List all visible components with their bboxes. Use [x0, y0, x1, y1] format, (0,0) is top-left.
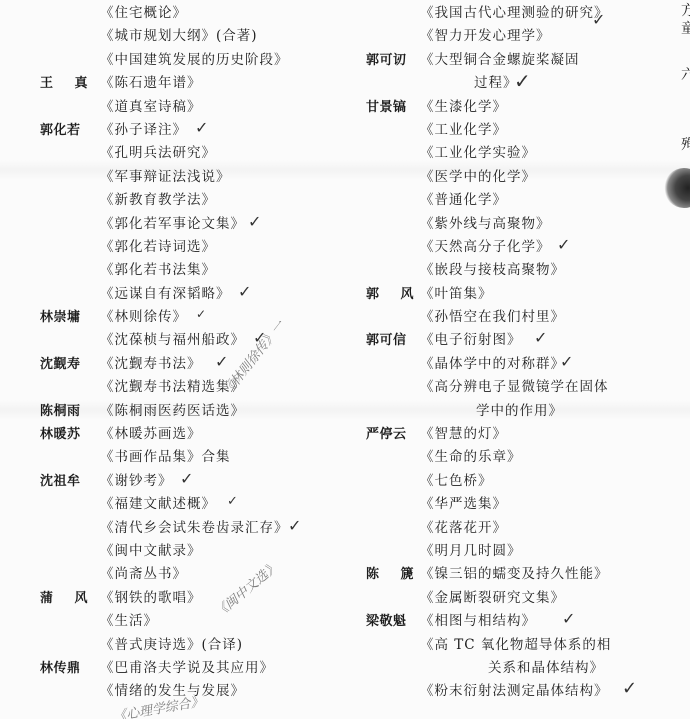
list-item: 《嵌段与接枝高聚物》 — [366, 259, 646, 282]
book-title: 《工业化学》 — [420, 119, 507, 142]
checkmark-icon: ✓ — [215, 350, 228, 373]
book-title: 《郭化若军事论文集》 — [100, 213, 245, 236]
checkmark-icon: ✓ — [180, 467, 193, 490]
book-title: 《花落花开》 — [420, 517, 507, 540]
author-name: 梁敬魁 — [366, 610, 420, 633]
list-item: 严停云《智慧的灯》 — [366, 423, 646, 446]
author-name: 蒲风 — [40, 587, 88, 610]
list-item: 郭化若《孙子译注》✓ — [40, 119, 340, 142]
author-name: 甘景镐 — [366, 96, 420, 119]
book-title: 《林暖苏画选》 — [100, 423, 202, 446]
list-item: 《道真室诗稿》 — [40, 96, 340, 119]
book-title: 《书画作品集》合集 — [100, 446, 231, 469]
list-item: 《粉末衍射法测定晶体结构》✓ — [366, 680, 646, 703]
book-title: 《郭化若诗词选》 — [100, 236, 216, 259]
list-item: 《孔明兵法研究》 — [40, 142, 340, 165]
book-title: 《尚斋丛书》 — [100, 563, 187, 586]
list-item: 《沈葆桢与福州船政》✓ — [40, 329, 340, 352]
list-item-continuation: 关系和晶体结构》 — [366, 657, 646, 680]
book-title: 《明月几时圆》 — [420, 540, 522, 563]
book-title: 《生活》 — [100, 610, 158, 633]
list-item: 《沈觐寿书法精选集》 — [40, 376, 340, 399]
book-title: 《智慧的灯》 — [420, 423, 507, 446]
list-item: 陈篪《镍三铝的蠕变及持久性能》 — [366, 563, 646, 586]
book-title: 《七色桥》 — [420, 470, 493, 493]
checkmark-icon: ✓ — [560, 350, 573, 373]
author-name: 郭风 — [366, 283, 414, 306]
list-item: 林崇墉《林则徐传》✓ — [40, 306, 340, 329]
book-title: 《郭化若书法集》 — [100, 259, 216, 282]
checkmark-icon: ✓ — [288, 514, 301, 537]
book-title: 《生漆化学》 — [420, 96, 507, 119]
book-title: 《镍三铝的蠕变及持久性能》 — [420, 563, 609, 586]
book-title: 《林则徐传》 — [100, 306, 187, 329]
book-title: 《谢钞考》 — [100, 470, 173, 493]
checkmark-icon: ✓ — [514, 70, 531, 93]
list-item: 《远谋自有深韬略》✓ — [40, 283, 340, 306]
book-title: 《我国古代心理测验的研究》 — [420, 2, 609, 25]
book-title: 《工业化学实验》 — [420, 142, 536, 165]
list-item: 《军事辩证法浅说》 — [40, 166, 340, 189]
author-name: 郭化若 — [40, 119, 94, 142]
list-item: 《工业化学实验》 — [366, 142, 646, 165]
book-title: 《医学中的化学》 — [420, 166, 536, 189]
list-item: 《金属断裂研究文集》 — [366, 587, 646, 610]
book-title: 《生命的乐章》 — [420, 446, 522, 469]
list-item: 《工业化学》 — [366, 119, 646, 142]
list-item: 梁敬魁《相图与相结构》✓ — [366, 610, 646, 633]
list-item: 《郭化若军事论文集》✓ — [40, 213, 340, 236]
list-item: 沈觐寿《沈觐寿书法》✓ — [40, 353, 340, 376]
list-item: 沈祖牟《谢钞考》✓ — [40, 470, 340, 493]
book-title: 《沈觐寿书法》 — [100, 353, 202, 376]
book-title: 《闽中文献录》 — [100, 540, 202, 563]
checkmark-icon: ✓ — [238, 280, 251, 303]
list-item: 林暖苏《林暖苏画选》 — [40, 423, 340, 446]
book-title: 《孔明兵法研究》 — [100, 142, 216, 165]
book-title: 《孙子译注》 — [100, 119, 187, 142]
list-item: 《城市规划大纲》(合著) — [40, 25, 340, 48]
book-title: 《嵌段与接枝高聚物》 — [420, 259, 565, 282]
list-item: 林传鼎《巴甫洛夫学说及其应用》 — [40, 657, 340, 680]
book-title: 《高 TC 氧化物超导体系的相 — [420, 634, 611, 657]
book-title: 《城市规划大纲》(合著) — [100, 25, 258, 48]
document-page: 《住宅概论》 《城市规划大纲》(合著) 《中国建筑发展的历史阶段》 王真《陈石遗… — [0, 0, 690, 719]
list-item: 郭可信《电子衍射图》✓ — [366, 329, 646, 352]
author-name: 林崇墉 — [40, 306, 94, 329]
book-title: 《叶笛集》 — [420, 283, 493, 306]
list-item: 郭风《叶笛集》 — [366, 283, 646, 306]
book-title: 《新教育教学法》 — [100, 189, 216, 212]
book-title: 《福建文献述概》 — [100, 493, 216, 516]
checkmark-icon: ✓ — [227, 490, 238, 513]
list-item: 《闽中文献录》 — [40, 540, 340, 563]
book-title: 《金属断裂研究文集》 — [420, 587, 565, 610]
book-title: 《陈石遗年谱》 — [100, 72, 202, 95]
author-name: 林传鼎 — [40, 657, 94, 680]
list-item: 《普通化学》 — [366, 189, 646, 212]
list-item: 《华严选集》 — [366, 493, 646, 516]
author-name: 林暖苏 — [40, 423, 94, 446]
list-item-continuation: 学中的作用》 — [366, 400, 646, 423]
book-title: 《相图与相结构》 — [420, 610, 536, 633]
checkmark-icon: ✓ — [622, 677, 637, 700]
list-item: 甘景镐《生漆化学》 — [366, 96, 646, 119]
list-item: 《中国建筑发展的历史阶段》 — [40, 49, 340, 72]
list-item: 《郭化若书法集》 — [40, 259, 340, 282]
book-title: 《粉末衍射法测定晶体结构》 — [420, 680, 609, 703]
list-item: 《清代乡会试朱卷齿录汇存》✓ — [40, 517, 340, 540]
book-title: 《大型铜合金螺旋桨凝固 — [420, 49, 580, 72]
list-item: 陈桐雨《陈桐雨医药医话选》 — [40, 400, 340, 423]
checkmark-icon: ✓ — [195, 116, 208, 139]
book-title: 《晶体学中的对称群》 — [420, 353, 565, 376]
book-title: 《电子衍射图》 — [420, 329, 522, 352]
book-title: 《巴甫洛夫学说及其应用》 — [100, 657, 274, 680]
book-title-continuation: 关系和晶体结构》 — [488, 657, 604, 680]
list-item: 《普式庚诗选》(合译) — [40, 634, 340, 657]
ink-stain — [664, 168, 690, 208]
list-item: 《天然高分子化学》✓ — [366, 236, 646, 259]
author-name: 陈桐雨 — [40, 400, 94, 423]
list-item: 《我国古代心理测验的研究》✓ — [366, 2, 646, 25]
book-title-continuation: 学中的作用》 — [476, 400, 563, 423]
list-item: 蒲风《钢铁的歌唱》 — [40, 587, 340, 610]
book-title: 《天然高分子化学》 — [420, 236, 551, 259]
book-title: 《高分辨电子显微镜学在固体 — [420, 376, 609, 399]
list-item-continuation: 过程》✓ — [366, 72, 646, 95]
list-item: 《孙悟空在我们村里》 — [366, 306, 646, 329]
book-title: 《智力开发心理学》 — [420, 25, 551, 48]
list-item: 《尚斋丛书》 — [40, 563, 340, 586]
book-title: 《远谋自有深韬略》 — [100, 283, 231, 306]
author-name: 沈觐寿 — [40, 353, 94, 376]
list-item: 《紫外线与高聚物》 — [366, 213, 646, 236]
edge-fragment: 殉 — [681, 134, 690, 154]
list-item: 《智力开发心理学》 — [366, 25, 646, 48]
checkmark-icon: ✓ — [196, 303, 206, 326]
list-item: 《高分辨电子显微镜学在固体 — [366, 376, 646, 399]
book-title: 《普式庚诗选》(合译) — [100, 634, 243, 657]
left-column: 《住宅概论》 《城市规划大纲》(合著) 《中国建筑发展的历史阶段》 王真《陈石遗… — [40, 2, 340, 704]
list-item: 王真《陈石遗年谱》 — [40, 72, 340, 95]
book-title: 《清代乡会试朱卷齿录汇存》 — [100, 517, 289, 540]
checkmark-icon: ✓ — [557, 233, 570, 256]
author-name: 严停云 — [366, 423, 420, 446]
right-column: 《我国古代心理测验的研究》✓ 《智力开发心理学》 郭可讱《大型铜合金螺旋桨凝固 … — [366, 2, 646, 704]
book-title: 《华严选集》 — [420, 493, 507, 516]
book-title: 《钢铁的歌唱》 — [100, 587, 202, 610]
list-item: 《郭化若诗词选》 — [40, 236, 340, 259]
edge-fragment: 六 — [681, 64, 690, 84]
list-item: 《住宅概论》 — [40, 2, 340, 25]
checkmark-icon: ✓ — [534, 326, 547, 349]
list-item: 《花落花开》 — [366, 517, 646, 540]
author-name: 沈祖牟 — [40, 470, 94, 493]
edge-fragment: 童 — [681, 18, 690, 38]
author-name: 陈篪 — [366, 563, 414, 586]
list-item: 《明月几时圆》 — [366, 540, 646, 563]
book-title: 《军事辩证法浅说》 — [100, 166, 231, 189]
author-name: 王真 — [40, 72, 88, 95]
author-name: 郭可信 — [366, 329, 420, 352]
list-item: 《生命的乐章》 — [366, 446, 646, 469]
edge-fragment: 方 — [681, 0, 690, 20]
book-title-continuation: 过程》 — [474, 72, 518, 95]
book-title: 《住宅概论》 — [100, 2, 187, 25]
book-title: 《普通化学》 — [420, 189, 507, 212]
list-item: 《医学中的化学》 — [366, 166, 646, 189]
list-item: 《新教育教学法》 — [40, 189, 340, 212]
book-title: 《紫外线与高聚物》 — [420, 213, 551, 236]
list-item: 《七色桥》 — [366, 470, 646, 493]
list-item: 《生活》 — [40, 610, 340, 633]
checkmark-icon: ✓ — [562, 607, 575, 630]
checkmark-icon: ✓ — [248, 210, 261, 233]
list-item: 郭可讱《大型铜合金螺旋桨凝固 — [366, 49, 646, 72]
list-item: 《高 TC 氧化物超导体系的相 — [366, 634, 646, 657]
book-title: 《陈桐雨医药医话选》 — [100, 400, 245, 423]
book-title: 《道真室诗稿》 — [100, 96, 202, 119]
author-name: 郭可讱 — [366, 49, 420, 72]
list-item: 《晶体学中的对称群》✓ — [366, 353, 646, 376]
book-title: 《中国建筑发展的历史阶段》 — [100, 49, 289, 72]
